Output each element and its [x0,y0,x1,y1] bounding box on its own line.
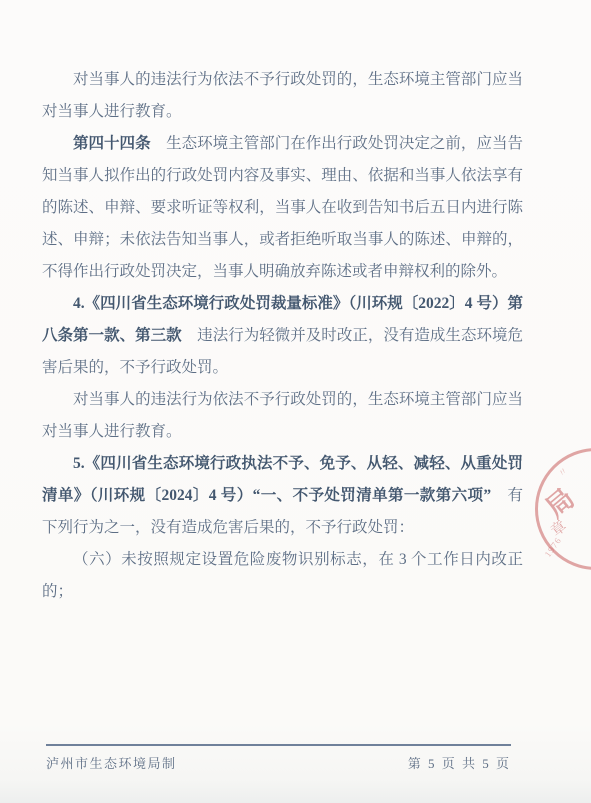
footer-issuer: 泸州市生态环境局制 [46,753,177,772]
paragraph: （六）未按照规定设置危险废物识别标志，在 3 个工作日内改正的； [42,544,523,608]
paragraph: 对当事人的违法行为依法不予行政处罚的，生态环境主管部门应当对当事人进行教育。 [42,64,523,128]
paragraph-emphasis: 第四十四条 [73,135,151,152]
document-body: 对当事人的违法行为依法不予行政处罚的，生态环境主管部门应当对当事人进行教育。第四… [42,64,523,608]
footer-page-indicator: 第 5 页 共 5 页 [408,753,511,772]
official-seal: 〃 局 章 1976 [535,448,591,570]
paragraph: 4.《四川省生态环境行政处罚裁量标准》（川环规〔2022〕4 号）第八条第一款、… [42,288,523,384]
paragraph: 对当事人的违法行为依法不予行政处罚的，生态环境主管部门应当对当事人进行教育。 [42,384,523,448]
scanned-document-page: 对当事人的违法行为依法不予行政处罚的，生态环境主管部门应当对当事人进行教育。第四… [0,0,591,803]
paragraph-text: 对当事人的违法行为依法不予行政处罚的，生态环境主管部门应当对当事人进行教育。 [42,71,523,120]
paragraph-emphasis: 5.《四川省生态环境行政执法不予、免予、从轻、减轻、从重处罚清单》（川环规〔20… [42,455,523,504]
page-footer: 泸州市生态环境局制 第 5 页 共 5 页 [46,744,511,772]
paragraph-text: 对当事人的违法行为依法不予行政处罚的，生态环境主管部门应当对当事人进行教育。 [42,391,523,440]
paragraph: 5.《四川省生态环境行政执法不予、免予、从轻、减轻、从重处罚清单》（川环规〔20… [42,448,523,544]
paragraph-text: （六）未按照规定设置危险废物识别标志，在 3 个工作日内改正的； [42,551,523,600]
paragraph-text: 生态环境主管部门在作出行政处罚决定之前，应当告知当事人拟作出的行政处罚内容及事实… [42,135,523,280]
paragraph: 第四十四条 生态环境主管部门在作出行政处罚决定之前，应当告知当事人拟作出的行政处… [42,128,523,288]
